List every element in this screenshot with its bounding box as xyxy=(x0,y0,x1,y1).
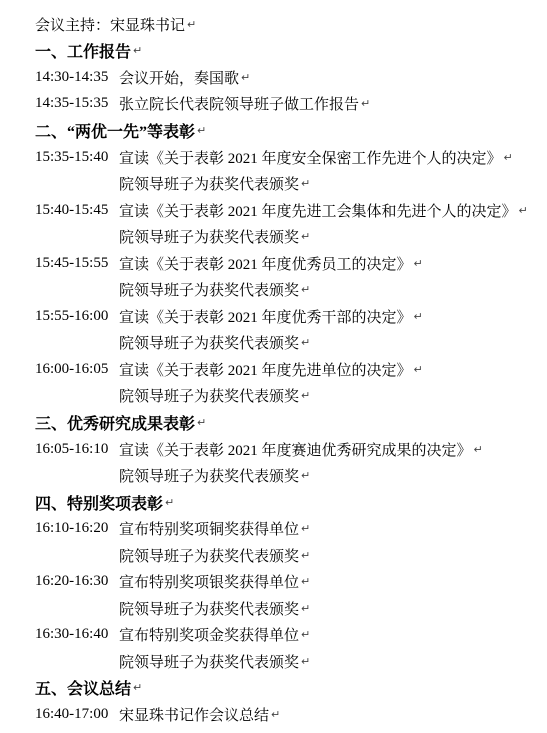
section-heading-text: 四、特别奖项表彰 xyxy=(35,491,163,514)
agenda-time: 15:55-16:00 xyxy=(35,308,119,325)
agenda-subtext: 院领导班子为获奖代表颁奖 xyxy=(119,279,299,300)
agenda-item: 16:40-17:00宋显珠书记作会议总结↵ xyxy=(35,701,547,728)
agenda-subline: 院领导班子为获奖代表颁奖↵ xyxy=(35,223,547,250)
agenda-time: 16:30-16:40 xyxy=(35,626,119,643)
meeting-agenda-document: 会议主持：宋显珠书记 ↵ 一、工作报告↵14:30-14:35会议开始，奏国歌↵… xyxy=(0,0,547,728)
paragraph-mark-icon: ↵ xyxy=(301,178,310,189)
paragraph-mark-icon: ↵ xyxy=(414,311,423,322)
agenda-subline: 院领导班子为获奖代表颁奖↵ xyxy=(35,595,547,622)
paragraph-mark-icon: ↵ xyxy=(414,364,423,375)
section-heading: 三、优秀研究成果表彰↵ xyxy=(35,409,547,436)
agenda-item: 14:35-15:35张立院长代表院领导班子做工作报告↵ xyxy=(35,91,547,118)
agenda-text: 宣读《关于表彰 2021 年度先进工会集体和先进个人的决定》 xyxy=(119,200,517,221)
paragraph-mark-icon: ↵ xyxy=(301,629,310,640)
paragraph-mark-icon: ↵ xyxy=(474,444,483,455)
agenda-time: 14:30-14:35 xyxy=(35,69,119,86)
section-heading: 五、会议总结↵ xyxy=(35,675,547,702)
agenda-subline: 院领导班子为获奖代表颁奖↵ xyxy=(35,276,547,303)
paragraph-mark-icon: ↵ xyxy=(165,497,174,508)
host-line-text: 会议主持：宋显珠书记 xyxy=(35,14,185,35)
agenda-subline: 院领导班子为获奖代表颁奖↵ xyxy=(35,542,547,569)
agenda-text: 张立院长代表院领导班子做工作报告 xyxy=(119,93,359,114)
agenda-item: 16:05-16:10宣读《关于表彰 2021 年度赛迪优秀研究成果的决定》↵ xyxy=(35,436,547,463)
agenda-text: 宣读《关于表彰 2021 年度赛迪优秀研究成果的决定》 xyxy=(119,439,472,460)
agenda-text: 宣读《关于表彰 2021 年度先进单位的决定》 xyxy=(119,359,412,380)
host-line: 会议主持：宋显珠书记 ↵ xyxy=(35,11,547,38)
paragraph-mark-icon: ↵ xyxy=(504,152,513,163)
agenda-subtext: 院领导班子为获奖代表颁奖 xyxy=(119,545,299,566)
paragraph-mark-icon: ↵ xyxy=(301,576,310,587)
agenda-item: 16:00-16:05宣读《关于表彰 2021 年度先进单位的决定》↵ xyxy=(35,356,547,383)
paragraph-mark-icon: ↵ xyxy=(301,470,310,481)
agenda-time: 15:35-15:40 xyxy=(35,149,119,166)
paragraph-mark-icon: ↵ xyxy=(271,709,280,720)
paragraph-mark-icon: ↵ xyxy=(241,72,250,83)
agenda-text: 宋显珠书记作会议总结 xyxy=(119,704,269,725)
agenda-subtext: 院领导班子为获奖代表颁奖 xyxy=(119,173,299,194)
agenda-subtext: 院领导班子为获奖代表颁奖 xyxy=(119,598,299,619)
section-heading-text: 五、会议总结 xyxy=(35,676,131,699)
agenda-item: 16:30-16:40宣布特别奖项金奖获得单位↵ xyxy=(35,622,547,649)
agenda-text: 宣布特别奖项银奖获得单位 xyxy=(119,571,299,592)
paragraph-mark-icon: ↵ xyxy=(301,231,310,242)
agenda-subline: 院领导班子为获奖代表颁奖↵ xyxy=(35,170,547,197)
agenda-text: 宣布特别奖项金奖获得单位 xyxy=(119,624,299,645)
agenda-text: 宣读《关于表彰 2021 年度优秀员工的决定》 xyxy=(119,253,412,274)
paragraph-mark-icon: ↵ xyxy=(301,390,310,401)
paragraph-mark-icon: ↵ xyxy=(301,603,310,614)
paragraph-mark-icon: ↵ xyxy=(519,205,528,216)
agenda-subline: 院领导班子为获奖代表颁奖↵ xyxy=(35,330,547,357)
section-heading: 二、“两优一先”等表彰↵ xyxy=(35,117,547,144)
agenda-item: 15:55-16:00宣读《关于表彰 2021 年度优秀干部的决定》↵ xyxy=(35,303,547,330)
paragraph-mark-icon: ↵ xyxy=(133,45,142,56)
paragraph-mark-icon: ↵ xyxy=(301,337,310,348)
agenda-item: 16:20-16:30宣布特别奖项银奖获得单位↵ xyxy=(35,568,547,595)
agenda-text: 宣读《关于表彰 2021 年度安全保密工作先进个人的决定》 xyxy=(119,147,502,168)
agenda-subtext: 院领导班子为获奖代表颁奖 xyxy=(119,465,299,486)
paragraph-mark-icon: ↵ xyxy=(301,284,310,295)
paragraph-mark-icon: ↵ xyxy=(301,550,310,561)
agenda-text: 会议开始，奏国歌 xyxy=(119,67,239,88)
agenda-item: 14:30-14:35会议开始，奏国歌↵ xyxy=(35,64,547,91)
agenda-subtext: 院领导班子为获奖代表颁奖 xyxy=(119,651,299,672)
section-heading: 四、特别奖项表彰↵ xyxy=(35,489,547,516)
paragraph-mark-icon: ↵ xyxy=(301,656,310,667)
agenda-subline: 院领导班子为获奖代表颁奖↵ xyxy=(35,462,547,489)
section-heading: 一、工作报告↵ xyxy=(35,38,547,65)
agenda-item: 16:10-16:20宣布特别奖项铜奖获得单位↵ xyxy=(35,515,547,542)
agenda-time: 16:00-16:05 xyxy=(35,361,119,378)
paragraph-mark-icon: ↵ xyxy=(361,98,370,109)
section-heading-text: 一、工作报告 xyxy=(35,39,131,62)
agenda-item: 15:35-15:40宣读《关于表彰 2021 年度安全保密工作先进个人的决定》… xyxy=(35,144,547,171)
agenda-subtext: 院领导班子为获奖代表颁奖 xyxy=(119,385,299,406)
paragraph-mark-icon: ↵ xyxy=(301,523,310,534)
paragraph-mark-icon: ↵ xyxy=(197,417,206,428)
paragraph-mark-icon: ↵ xyxy=(187,19,196,30)
agenda-subtext: 院领导班子为获奖代表颁奖 xyxy=(119,226,299,247)
agenda-time: 16:40-17:00 xyxy=(35,706,119,723)
paragraph-mark-icon: ↵ xyxy=(133,682,142,693)
agenda-subline: 院领导班子为获奖代表颁奖↵ xyxy=(35,383,547,410)
agenda-item: 15:40-15:45宣读《关于表彰 2021 年度先进工会集体和先进个人的决定… xyxy=(35,197,547,224)
agenda-time: 16:20-16:30 xyxy=(35,573,119,590)
agenda-subtext: 院领导班子为获奖代表颁奖 xyxy=(119,332,299,353)
paragraph-mark-icon: ↵ xyxy=(414,258,423,269)
section-heading-text: 二、“两优一先”等表彰 xyxy=(35,119,195,142)
agenda-time: 15:45-15:55 xyxy=(35,255,119,272)
agenda-time: 16:05-16:10 xyxy=(35,441,119,458)
agenda-text: 宣布特别奖项铜奖获得单位 xyxy=(119,518,299,539)
agenda-time: 15:40-15:45 xyxy=(35,202,119,219)
agenda-item: 15:45-15:55宣读《关于表彰 2021 年度优秀员工的决定》↵ xyxy=(35,250,547,277)
section-heading-text: 三、优秀研究成果表彰 xyxy=(35,411,195,434)
agenda-time: 16:10-16:20 xyxy=(35,520,119,537)
agenda-time: 14:35-15:35 xyxy=(35,95,119,112)
agenda-subline: 院领导班子为获奖代表颁奖↵ xyxy=(35,648,547,675)
agenda-text: 宣读《关于表彰 2021 年度优秀干部的决定》 xyxy=(119,306,412,327)
paragraph-mark-icon: ↵ xyxy=(197,125,206,136)
